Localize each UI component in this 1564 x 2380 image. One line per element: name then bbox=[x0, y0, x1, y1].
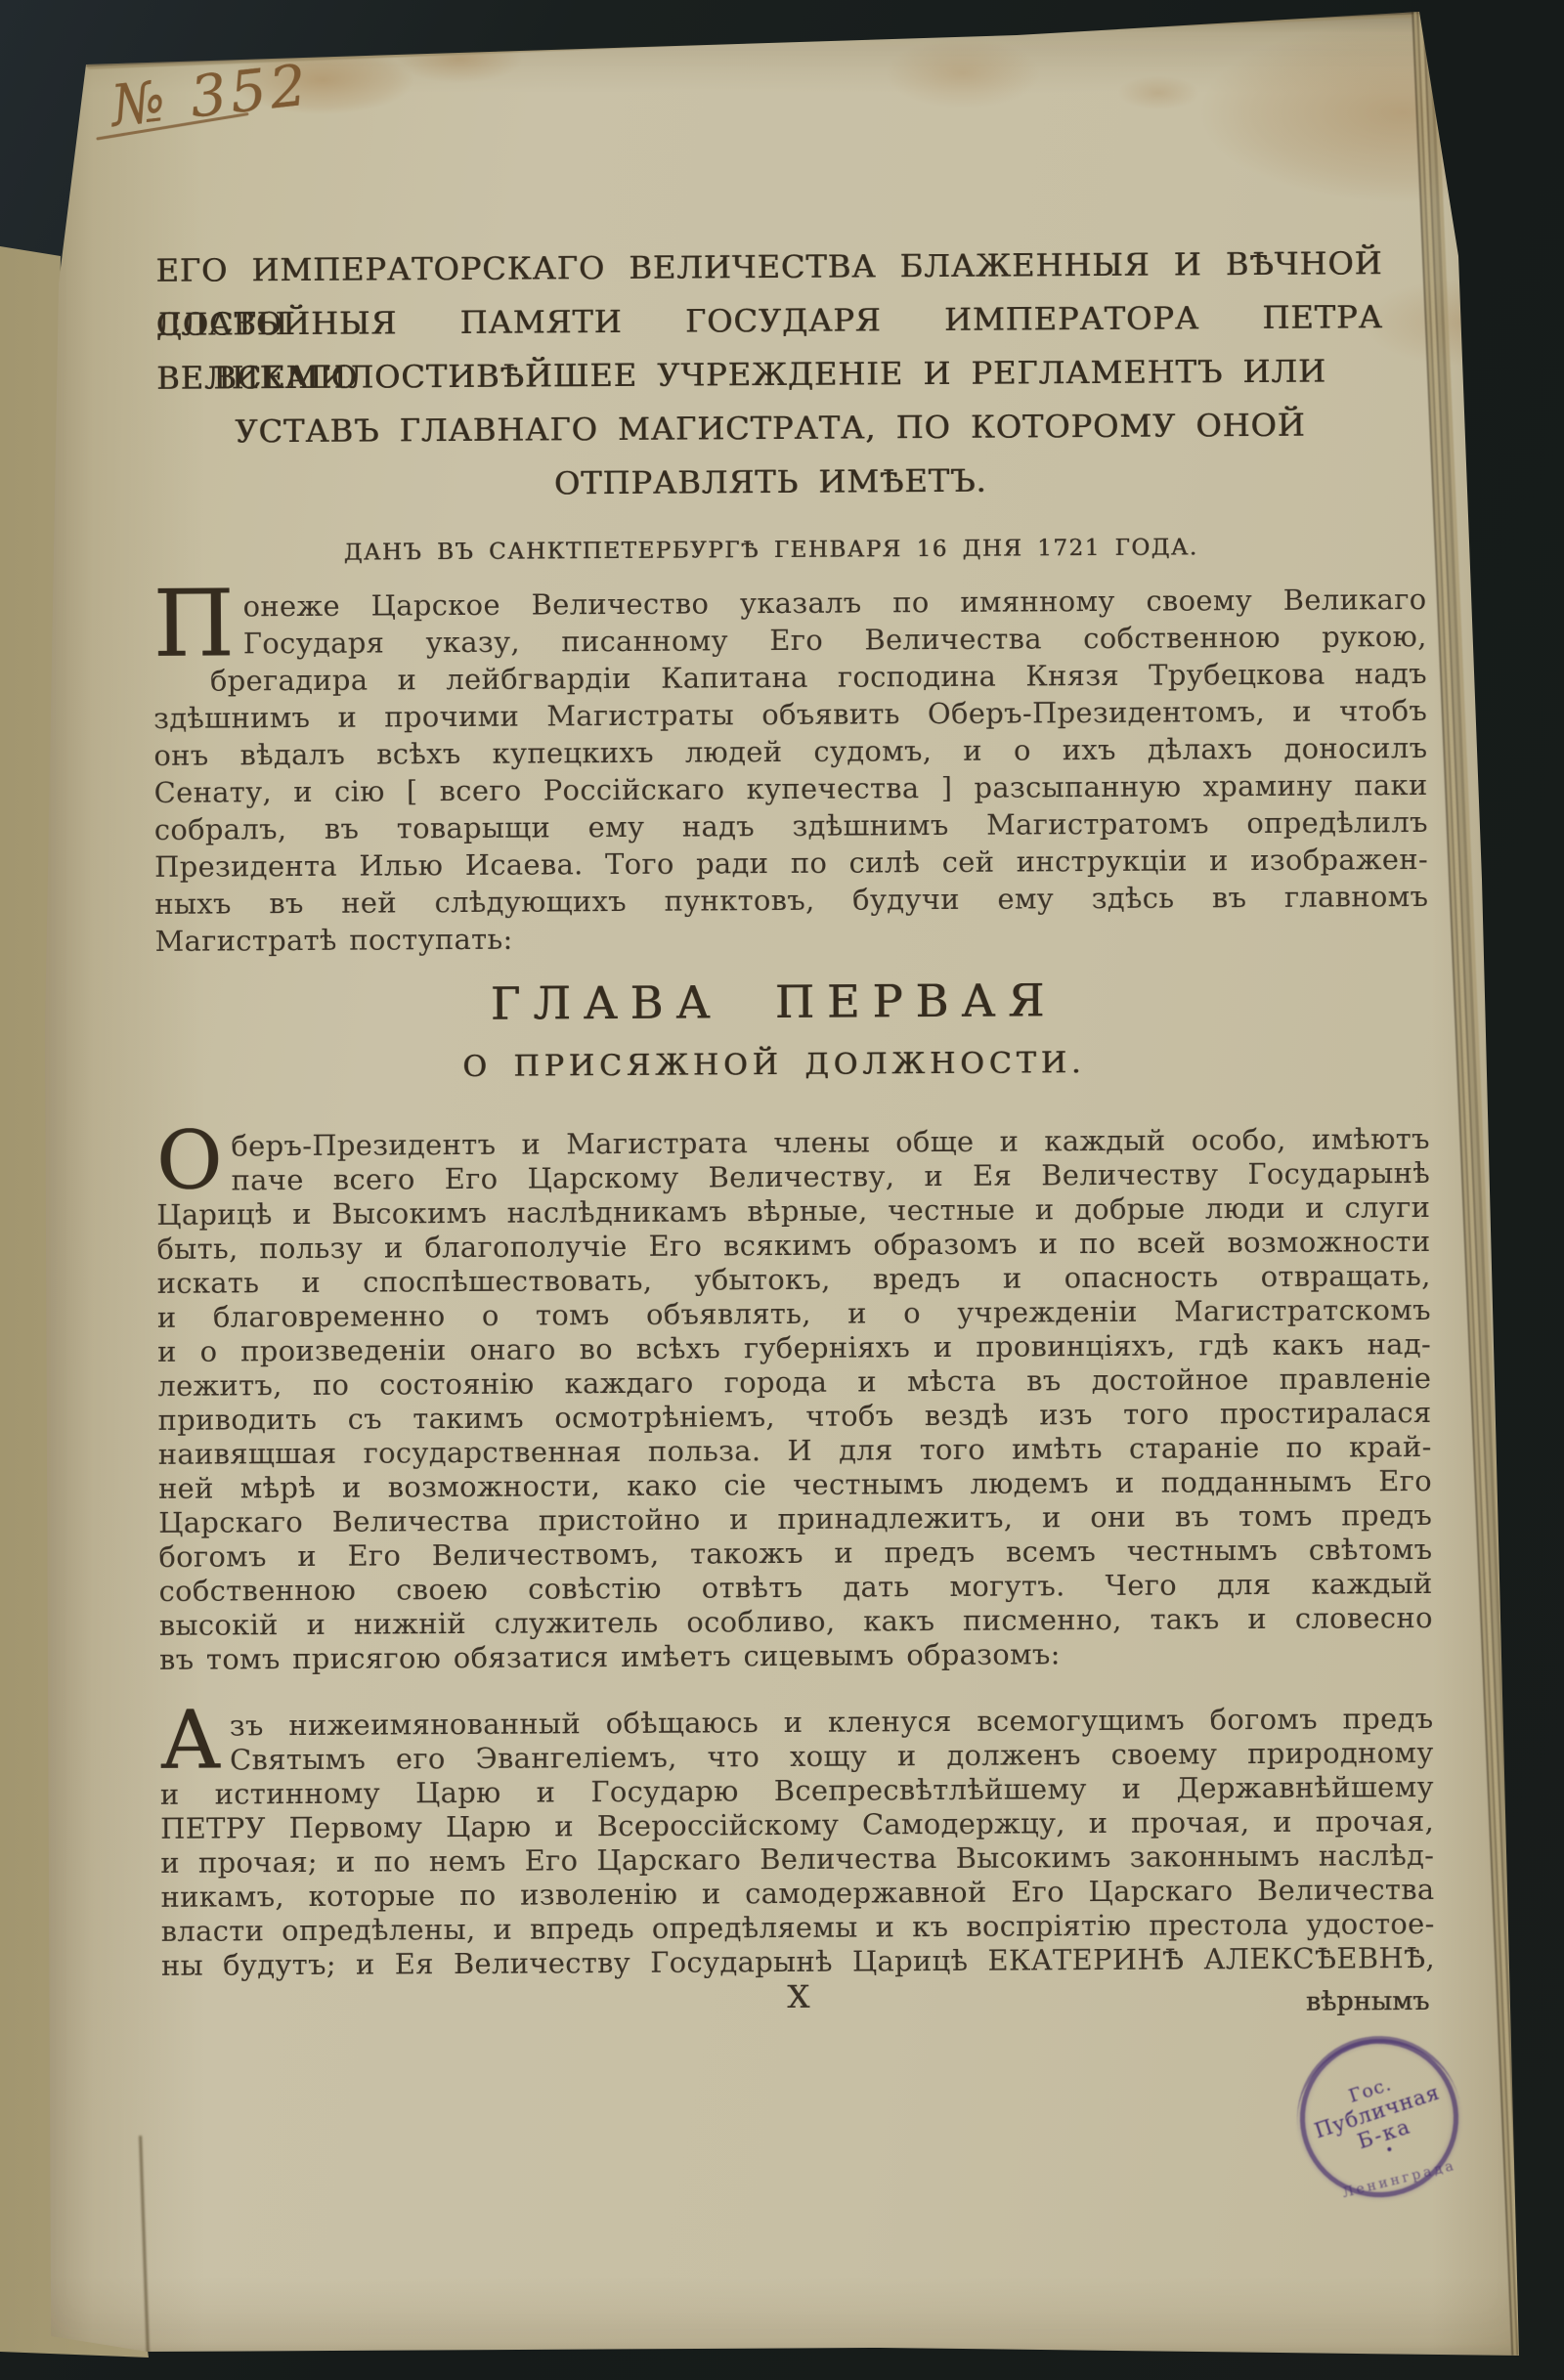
stamp-text: Б-ка bbox=[1355, 2114, 1414, 2153]
dropcap-letter: О bbox=[156, 1129, 223, 1193]
title-line: ДОСТОЙНЫЯ ПАМЯТИ ГОСУДАРЯ ИМПЕРАТОРА ПЕТ… bbox=[156, 290, 1383, 352]
paragraph-oath-duty: О беръ-Президентъ и Магистрата члены общ… bbox=[156, 1122, 1433, 1677]
text-line: Магистратѣ поступать: bbox=[154, 915, 1428, 960]
catchword: вѣрнымъ bbox=[1306, 1986, 1430, 2017]
photo-backdrop: № 352 ЕГО ИМПЕРАТОРСКАГО ВЕЛИЧЕСТВА БЛАЖ… bbox=[0, 0, 1564, 2380]
signature-mark: Х bbox=[161, 1974, 1435, 2019]
text-line: ныхъ въ ней слѣдующихъ пунктовъ, будучи … bbox=[154, 878, 1428, 923]
title-line: ЕГО ИМПЕРАТОРСКАГО ВЕЛИЧЕСТВА БЛАЖЕННЫЯ … bbox=[155, 237, 1382, 298]
signature-row: Х вѣрнымъ bbox=[161, 1974, 1435, 2027]
chapter-heading: ГЛАВА ПЕРВАЯ bbox=[160, 972, 1387, 1032]
stamp-text: Публичная bbox=[1312, 2080, 1443, 2142]
dropcap-letter: П bbox=[152, 587, 235, 661]
title-line: ОТПРАВЛЯТЬ ИМѢЕТЪ. bbox=[157, 452, 1384, 513]
title-line: УСТАВЪ ГЛАВНАГО МАГИСТРАТА, ПО КОТОРОМУ … bbox=[156, 398, 1383, 459]
text-line: въ томъ присягою обязатися имѣетъ сицевы… bbox=[159, 1635, 1433, 1677]
chapter-subheading: О ПРИСЯЖНОЙ ДОЛЖНОСТИ. bbox=[160, 1044, 1387, 1086]
title-line: ВСЕМИЛОСТИВѢЙШЕЕ УЧРЕЖДЕНІЕ И РЕГЛАМЕНТЪ… bbox=[156, 344, 1383, 406]
stamp-dot: • bbox=[1384, 2143, 1396, 2157]
paragraph-oath-text: А зъ нижеимянованный обѣщаюсь и кленуся … bbox=[159, 1702, 1435, 1983]
dateline: ДАНЪ ВЪ САНКТПЕТЕРБУРГѢ ГЕНВАРЯ 16 ДНЯ 1… bbox=[157, 534, 1384, 567]
dropcap-letter: А bbox=[159, 1709, 221, 1774]
printed-text-layer: № 352 ЕГО ИМПЕРАТОРСКАГО ВЕЛИЧЕСТВА БЛАЖ… bbox=[0, 0, 1564, 2380]
handwritten-shelf-number: № 352 bbox=[108, 51, 313, 139]
stamp-text: Гос. bbox=[1346, 2073, 1394, 2107]
paragraph-imperial-decree: П онеже Царское Величество указалъ по им… bbox=[152, 581, 1428, 960]
book-page: № 352 ЕГО ИМПЕРАТОРСКАГО ВЕЛИЧЕСТВА БЛАЖ… bbox=[0, 0, 1564, 2380]
document-title: ЕГО ИМПЕРАТОРСКАГО ВЕЛИЧЕСТВА БЛАЖЕННЫЯ … bbox=[155, 237, 1384, 513]
